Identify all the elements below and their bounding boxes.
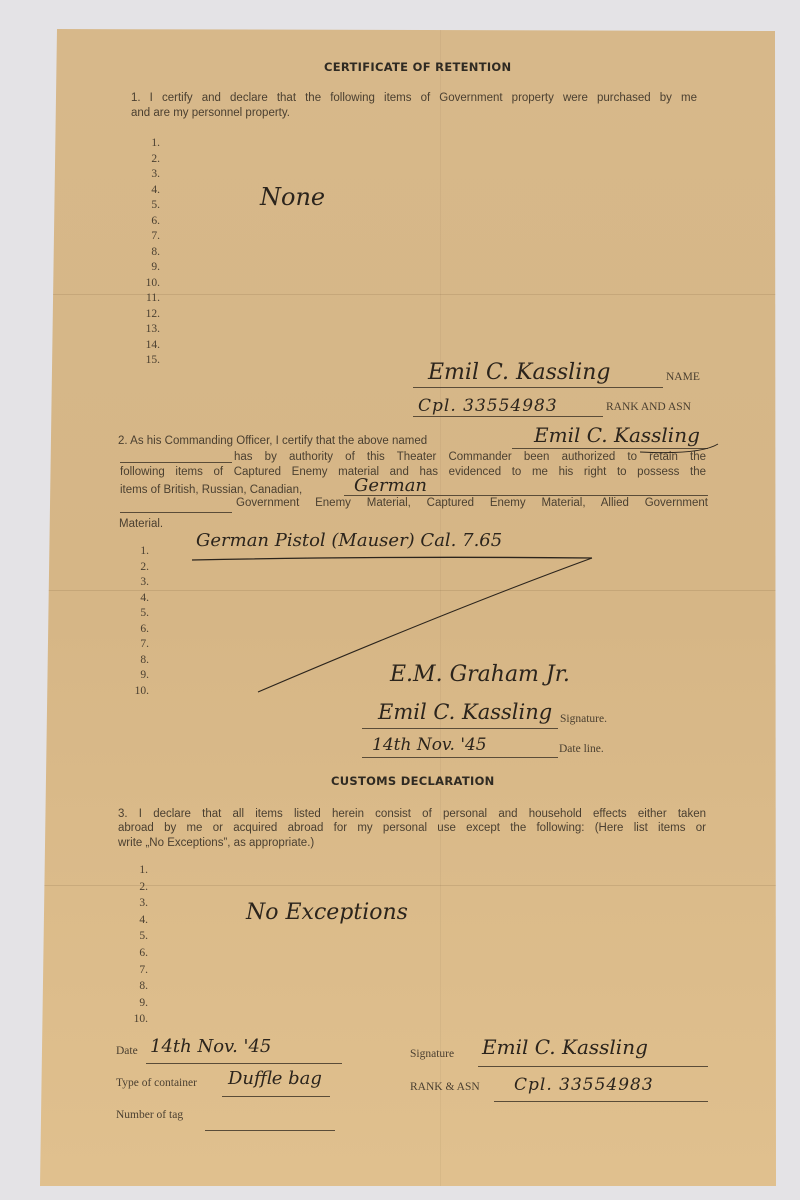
handwritten-none: None	[260, 183, 325, 211]
signature-underline	[362, 728, 558, 729]
date-underline	[362, 757, 558, 758]
tag-underline[interactable]	[205, 1130, 335, 1131]
footer-signature-underline	[478, 1066, 708, 1067]
customs-title: CUSTOMS DECLARATION	[331, 774, 495, 788]
date-value: 14th Nov. '45	[372, 735, 487, 755]
handwritten-no-exceptions: No Exceptions	[246, 900, 408, 925]
fold-crease	[40, 590, 776, 591]
certificate-title: CERTIFICATE OF RETENTION	[324, 60, 511, 74]
footer-date-label: Date	[116, 1045, 138, 1057]
name-underline	[413, 387, 663, 388]
signature-label: Signature.	[560, 713, 607, 725]
officer-signature: E.M. Graham Jr.	[390, 662, 570, 687]
date-label: Date line.	[559, 743, 604, 755]
named-soldier-underline	[512, 448, 708, 449]
section1-line1: 1. I certify and declare that the follow…	[131, 92, 697, 104]
section1-line2: and are my personnel property.	[131, 106, 290, 120]
tag-label: Number of tag	[116, 1109, 183, 1121]
name-value: Emil C. Kassling	[428, 360, 610, 385]
named-soldier-value: Emil C. Kassling	[534, 423, 700, 447]
container-value: Duffle bag	[228, 1068, 322, 1089]
section3-line1: 3. I declare that all items listed herei…	[118, 808, 706, 820]
line2-leading-underline	[120, 462, 232, 463]
footer-rank-label: RANK & ASN	[410, 1081, 480, 1093]
fold-crease	[40, 885, 776, 886]
footer-date-underline	[146, 1063, 342, 1064]
rank-underline	[413, 416, 603, 417]
section3-line2: abroad by me or acquired abroad for my p…	[118, 822, 706, 834]
line5-leading-underline	[120, 512, 232, 513]
footer-date-value: 14th Nov. '45	[150, 1036, 271, 1057]
section2-number-list: 1. 2. 3. 4. 5. 6. 7. 8. 9. 10.	[127, 544, 149, 699]
rank-value: Cpl. 33554983	[418, 396, 558, 416]
nation-underline	[344, 495, 708, 496]
footer-signature-label: Signature	[410, 1048, 454, 1060]
section1-number-list: 1. 2. 3. 4. 5. 6. 7. 8. 9. 10. 11. 12. 1…	[138, 136, 160, 369]
section2-line2: has by authority of this Theater Command…	[234, 451, 706, 463]
nation-value: German	[354, 475, 427, 496]
rank-label: RANK AND ASN	[606, 401, 691, 413]
name-label: NAME	[666, 371, 700, 383]
footer-signature-value: Emil C. Kassling	[482, 1035, 648, 1059]
section3-number-list: 1. 2. 3. 4. 5. 6. 7. 8. 9. 10.	[126, 862, 148, 1028]
section2-line5: Government Enemy Material, Captured Enem…	[236, 497, 708, 509]
footer-rank-underline	[494, 1101, 708, 1102]
fold-crease-vertical	[440, 29, 441, 1186]
section2-line1: 2. As his Commanding Officer, I certify …	[118, 434, 427, 448]
section3-line3: write „No Exceptions”, as appropriate.)	[118, 836, 314, 850]
section2-line6: Material.	[119, 517, 163, 531]
soldier-signature: Emil C. Kassling	[378, 700, 552, 724]
section2-line4: items of British, Russian, Canadian,	[120, 483, 302, 497]
container-label: Type of container	[116, 1077, 197, 1089]
container-underline	[222, 1096, 330, 1097]
captured-item-1: German Pistol (Mauser) Cal. 7.65	[196, 530, 502, 551]
footer-rank-value: Cpl. 33554983	[514, 1075, 654, 1095]
